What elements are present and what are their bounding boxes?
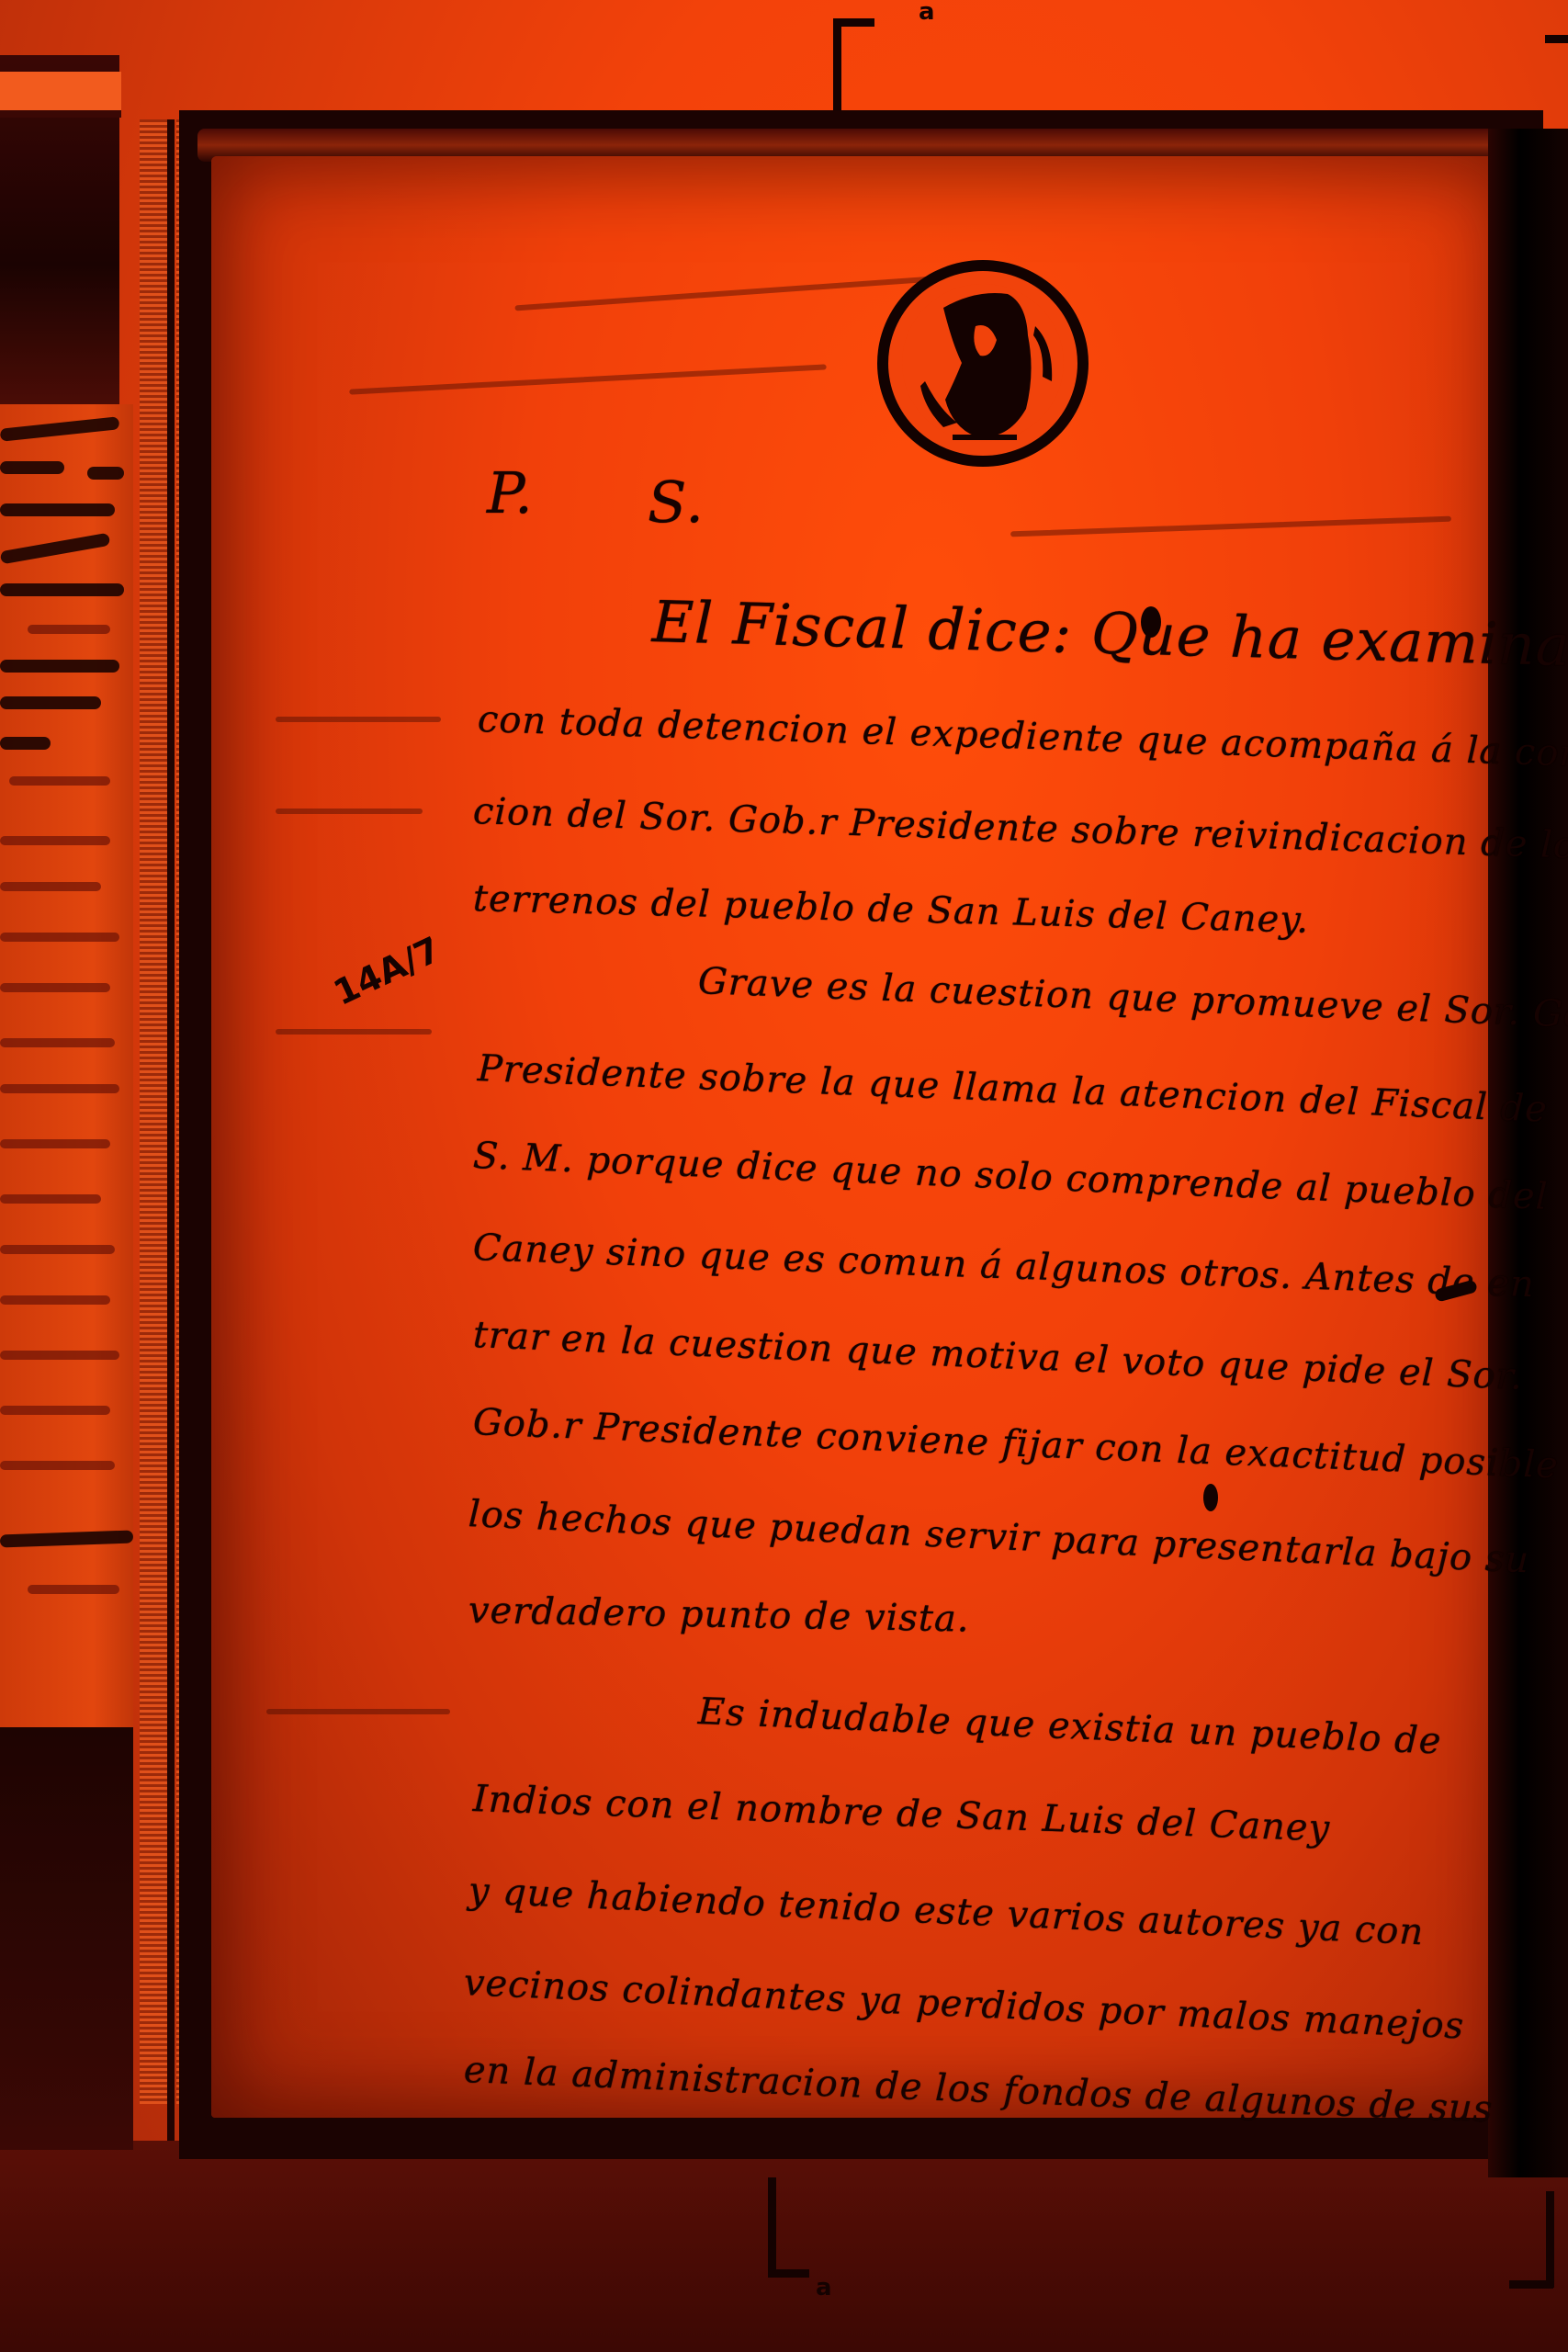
left-page-ink-line <box>0 583 124 596</box>
crop-mark-top-vertical <box>833 18 841 110</box>
left-page-ink-line <box>0 533 110 565</box>
seal-stamp-icon <box>877 260 1089 467</box>
bleed-through-line <box>276 808 423 814</box>
ink-blot <box>1203 1484 1218 1511</box>
left-page-ink-line <box>0 1038 115 1047</box>
left-page-fragment <box>0 404 133 1727</box>
left-page-ink-line <box>0 416 119 442</box>
left-page-top-edge <box>0 72 121 118</box>
crop-mark-bottom-label: a <box>816 2274 832 2301</box>
crop-mark-top-label: a <box>919 0 935 26</box>
left-page-ink-line <box>0 1351 119 1360</box>
left-page-ink-line <box>0 660 119 673</box>
left-page-ink-line <box>0 1530 133 1547</box>
salutation-p: P. <box>487 459 534 526</box>
ink-blot <box>1141 606 1161 638</box>
bleed-through-line <box>266 1709 450 1714</box>
crop-mark-bottom-right-vertical <box>1546 2191 1554 2288</box>
page-right-shadow <box>1488 129 1568 2177</box>
left-page-ink-line <box>0 461 64 474</box>
left-page-ink-line <box>0 1084 119 1093</box>
left-page-ink-line <box>0 1461 115 1470</box>
crop-mark-bottom-left-vertical <box>768 2177 776 2277</box>
salutation-s: S. <box>648 469 705 536</box>
left-page-shadow-area <box>0 1727 133 2150</box>
left-page-ink-line <box>0 983 110 992</box>
left-page-ink-line <box>28 1585 119 1594</box>
left-page-ink-line <box>0 933 119 942</box>
paragraph-2-line-8: verdadero punto de vista. <box>468 1589 970 1641</box>
scan-bottom-shadow <box>0 2141 1568 2352</box>
left-page-ink-line <box>0 737 51 750</box>
crop-mark-bottom-right-horizontal <box>1509 2280 1553 2289</box>
left-page-ink-line <box>0 1245 115 1254</box>
crop-mark-bottom-left-horizontal <box>768 2269 809 2278</box>
left-page-ink-line <box>28 625 110 634</box>
left-page-ink-line <box>0 696 101 709</box>
left-page-ink-line <box>0 503 115 516</box>
bleed-through-line <box>276 717 441 722</box>
left-page-ink-line <box>0 1406 110 1415</box>
left-page-ink-line <box>0 882 101 891</box>
left-page-ink-line <box>87 467 124 480</box>
binding-strip-left <box>140 119 167 2104</box>
left-page-ink-line <box>0 836 110 845</box>
binding-groove <box>167 119 175 2141</box>
bleed-through-line <box>276 1029 432 1035</box>
left-page-ink-line <box>0 1139 110 1148</box>
left-page-ink-line <box>0 1194 101 1204</box>
left-page-ink-line <box>9 776 110 786</box>
crop-mark-top-horizontal <box>833 18 874 27</box>
crop-mark-top-right <box>1545 35 1568 43</box>
left-page-ink-line <box>0 1295 110 1305</box>
